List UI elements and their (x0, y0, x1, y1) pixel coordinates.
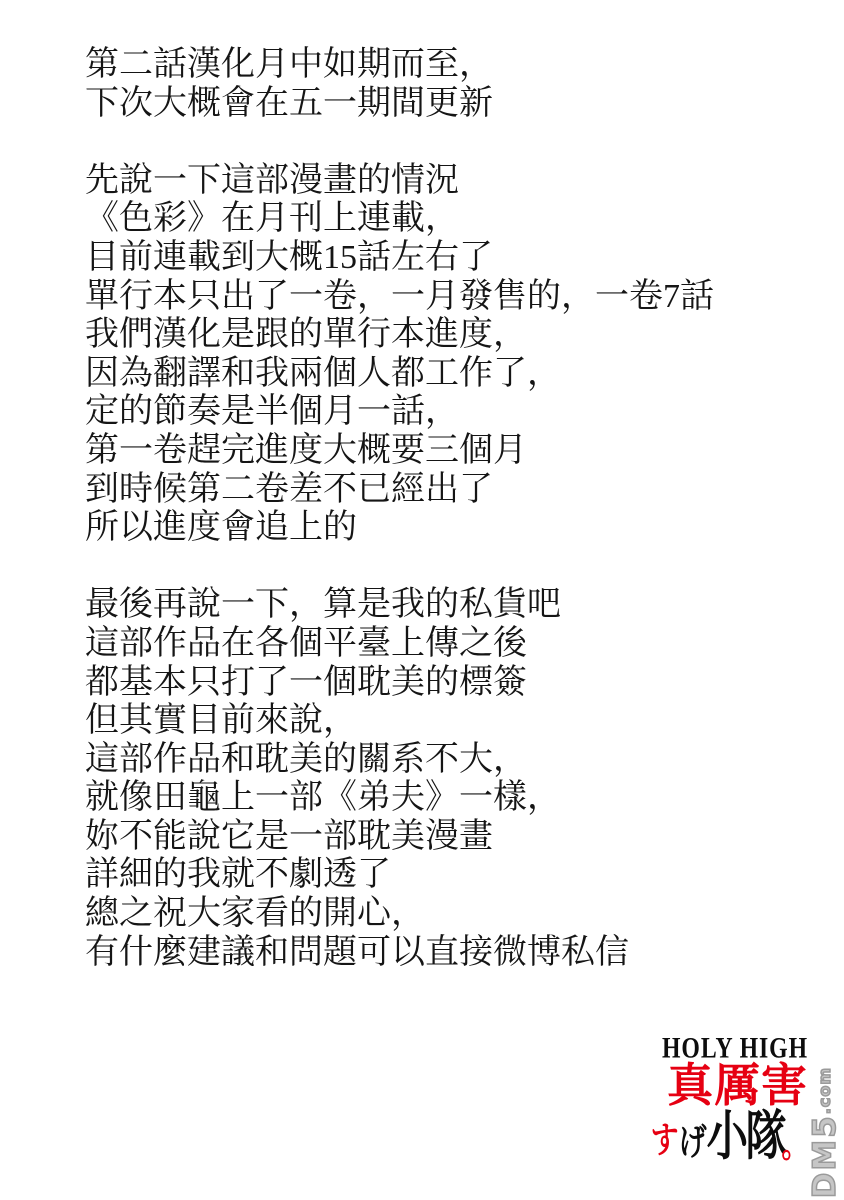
note-line: 就像田龜上一部《弟夫》一樣， (85, 779, 714, 818)
note-line: 總之祝大家看的開心， (85, 895, 714, 934)
dm5-watermark: DM5.com (807, 1067, 843, 1198)
note-line: 有什麼建議和問題可以直接微博私信 (85, 934, 714, 973)
note-line: 第一卷趕完進度大概要三個月 (85, 432, 714, 471)
note-line: 因為翻譯和我兩個人都工作了， (85, 355, 714, 394)
watermark-domain-suffix: .com (815, 1067, 834, 1114)
note-line: 詳細的我就不劇透了 (85, 856, 714, 895)
note-line: 先說一下這部漫畫的情況 (85, 162, 714, 201)
scanlation-group-logo: HOLY HIGH 真厲害 す げ 小隊 。 (606, 1034, 808, 1164)
watermark-site-name: DM5 (807, 1114, 843, 1198)
note-line: 到時候第二卷差不已經出了 (85, 471, 714, 510)
logo-japanese-title: す げ 小隊 。 (650, 1111, 808, 1164)
note-line: 我們漢化是跟的單行本進度， (85, 316, 714, 355)
note-line: 都基本只打了一個耽美的標簽 (85, 664, 714, 703)
logo-chinese-title: 真厲害 (606, 1063, 808, 1109)
note-line: 第二話漢化月中如期而至， (85, 46, 714, 85)
note-line: 但其實目前來說， (85, 702, 714, 741)
logo-hiragana-ge: げ (679, 1124, 707, 1160)
personal-comment-paragraph: 最後再說一下，算是我的私貨吧 這部作品在各個平臺上傳之後 都基本只打了一個耽美的… (85, 586, 714, 972)
series-status-paragraph: 先說一下這部漫畫的情況 《色彩》在月刊上連載， 目前連載到大概15話左右了 單行… (85, 162, 714, 548)
logo-kanji-squad: 小隊 (707, 1111, 785, 1164)
translator-notes: 第二話漢化月中如期而至， 下次大概會在五一期間更新 先說一下這部漫畫的情況 《色… (85, 46, 714, 972)
note-line: 目前連載到大概15話左右了 (85, 239, 714, 278)
note-line: 所以進度會追上的 (85, 509, 714, 548)
note-line: 最後再說一下，算是我的私貨吧 (85, 586, 714, 625)
note-line: 定的節奏是半個月一話， (85, 393, 714, 432)
logo-hiragana-su: す (650, 1122, 678, 1158)
note-line: 《色彩》在月刊上連載， (85, 200, 714, 239)
logo-english-title: HOLY HIGH (616, 1034, 808, 1064)
note-line: 這部作品在各個平臺上傳之後 (85, 625, 714, 664)
logo-period-mark: 。 (781, 1130, 808, 1164)
note-line: 這部作品和耽美的關系不大， (85, 741, 714, 780)
note-line: 妳不能說它是一部耽美漫畫 (85, 818, 714, 857)
note-line: 單行本只出了一卷，一月發售的，一卷7話 (85, 278, 714, 317)
update-schedule-paragraph: 第二話漢化月中如期而至， 下次大概會在五一期間更新 (85, 46, 714, 123)
note-line: 下次大概會在五一期間更新 (85, 85, 714, 124)
